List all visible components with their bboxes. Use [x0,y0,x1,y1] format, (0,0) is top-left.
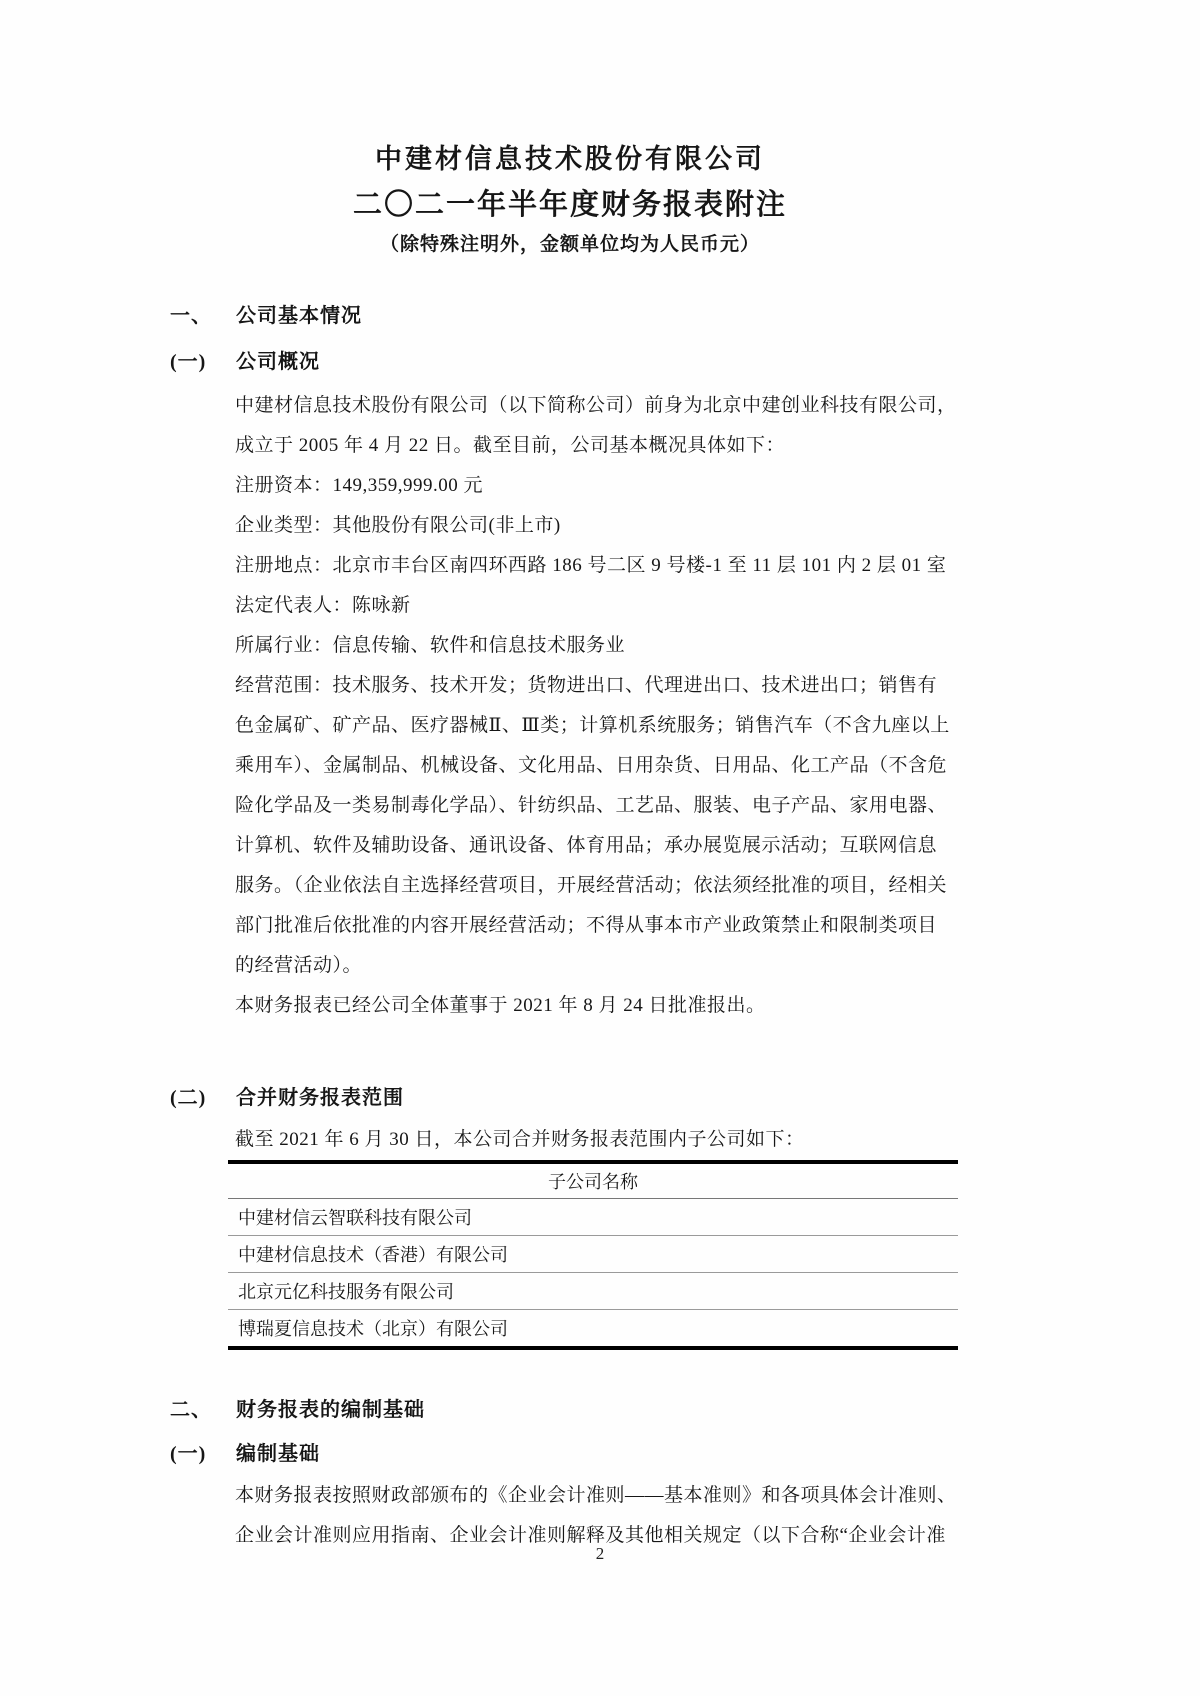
table-intro-line: 截至 2021 年 6 月 30 日，本公司合并财务报表范围内子公司如下： [235,1122,965,1158]
paragraph-line: 成立于 2005 年 4 月 22 日。截至目前，公司基本概况具体如下： [235,426,965,466]
company-profile-paragraph: 中建材信息技术股份有限公司（以下简称公司）前身为北京中建创业科技有限公司， 成立… [235,386,965,1026]
subsection-title: 合并财务报表范围 [236,1084,404,1112]
subsection-company-profile-heading: (一) 公司概况 [170,348,970,376]
industry-line: 所属行业：信息传输、软件和信息技术服务业 [235,626,965,666]
registered-address-line: 注册地点：北京市丰台区南四环西路 186 号二区 9 号楼-1 至 11 层 1… [235,546,965,586]
business-scope-line: 乘用车）、金属制品、机械设备、文化用品、日用杂货、日用品、化工产品（不含危 [235,746,965,786]
subsection-number: (二) [170,1084,236,1112]
page-number: 2 [0,1544,1200,1564]
subsection-number: (一) [170,1440,236,1468]
table-row: 中建材信息技术（香港）有限公司 [228,1236,958,1273]
subsection-title: 编制基础 [236,1440,320,1468]
table-header-cell: 子公司名称 [228,1164,958,1199]
business-scope-line: 经营范围：技术服务、技术开发；货物进出口、代理进出口、技术进出口；销售有 [235,666,965,706]
approval-line: 本财务报表已经公司全体董事于 2021 年 8 月 24 日批准报出。 [235,986,965,1026]
subsection-number: (一) [170,348,236,376]
document-header: 中建材信息技术股份有限公司 二〇二一年半年度财务报表附注 （除特殊注明外，金额单… [170,138,970,260]
legal-representative-line: 法定代表人：陈咏新 [235,586,965,626]
table-row: 博瑞夏信息技术（北京）有限公司 [228,1310,958,1346]
subsidiaries-table: 子公司名称 中建材信云智联科技有限公司 中建材信息技术（香港）有限公司 北京元亿… [228,1160,958,1350]
enterprise-type-line: 企业类型：其他股份有限公司(非上市) [235,506,965,546]
section-title: 财务报表的编制基础 [236,1396,425,1424]
doc-currency-note: （除特殊注明外，金额单位均为人民币元） [170,230,970,260]
business-scope-line: 险化学品及一类易制毒化学品）、针纺织品、工艺品、服装、电子产品、家用电器、 [235,786,965,826]
business-scope-line: 部门批准后依批准的内容开展经营活动；不得从事本市产业政策禁止和限制类项目 [235,906,965,946]
business-scope-line: 的经营活动）。 [235,946,965,986]
section-one-heading: 一、 公司基本情况 [170,302,970,330]
subsection-consolidation-scope-heading: (二) 合并财务报表范围 [170,1084,970,1112]
paragraph-line: 本财务报表按照财政部颁布的《企业会计准则——基本准则》和各项具体会计准则、 [235,1476,965,1516]
section-number: 二、 [170,1396,236,1424]
business-scope-line: 服务。（企业依法自主选择经营项目，开展经营活动；依法须经批准的项目，经相关 [235,866,965,906]
subsection-title: 公司概况 [236,348,320,376]
document-content: 中建材信息技术股份有限公司 二〇二一年半年度财务报表附注 （除特殊注明外，金额单… [170,138,970,1556]
subsection-preparation-basis-heading: (一) 编制基础 [170,1440,970,1468]
section-two-heading: 二、 财务报表的编制基础 [170,1396,970,1424]
business-scope-line: 计算机、软件及辅助设备、通讯设备、体育用品；承办展览展示活动；互联网信息 [235,826,965,866]
doc-subtitle: 二〇二一年半年度财务报表附注 [170,182,970,228]
table-row: 中建材信云智联科技有限公司 [228,1199,958,1236]
section-number: 一、 [170,302,236,330]
business-scope-line: 色金属矿、矿产品、医疗器械Ⅱ、Ⅲ类；计算机系统服务；销售汽车（不含九座以上 [235,706,965,746]
section-title: 公司基本情况 [236,302,362,330]
document-page: 中建材信息技术股份有限公司 二〇二一年半年度财务报表附注 （除特殊注明外，金额单… [0,0,1200,1696]
registered-capital-line: 注册资本：149,359,999.00 元 [235,466,965,506]
paragraph-line: 中建材信息技术股份有限公司（以下简称公司）前身为北京中建创业科技有限公司， [235,386,965,426]
table-row: 北京元亿科技服务有限公司 [228,1273,958,1310]
doc-title: 中建材信息技术股份有限公司 [170,138,970,180]
